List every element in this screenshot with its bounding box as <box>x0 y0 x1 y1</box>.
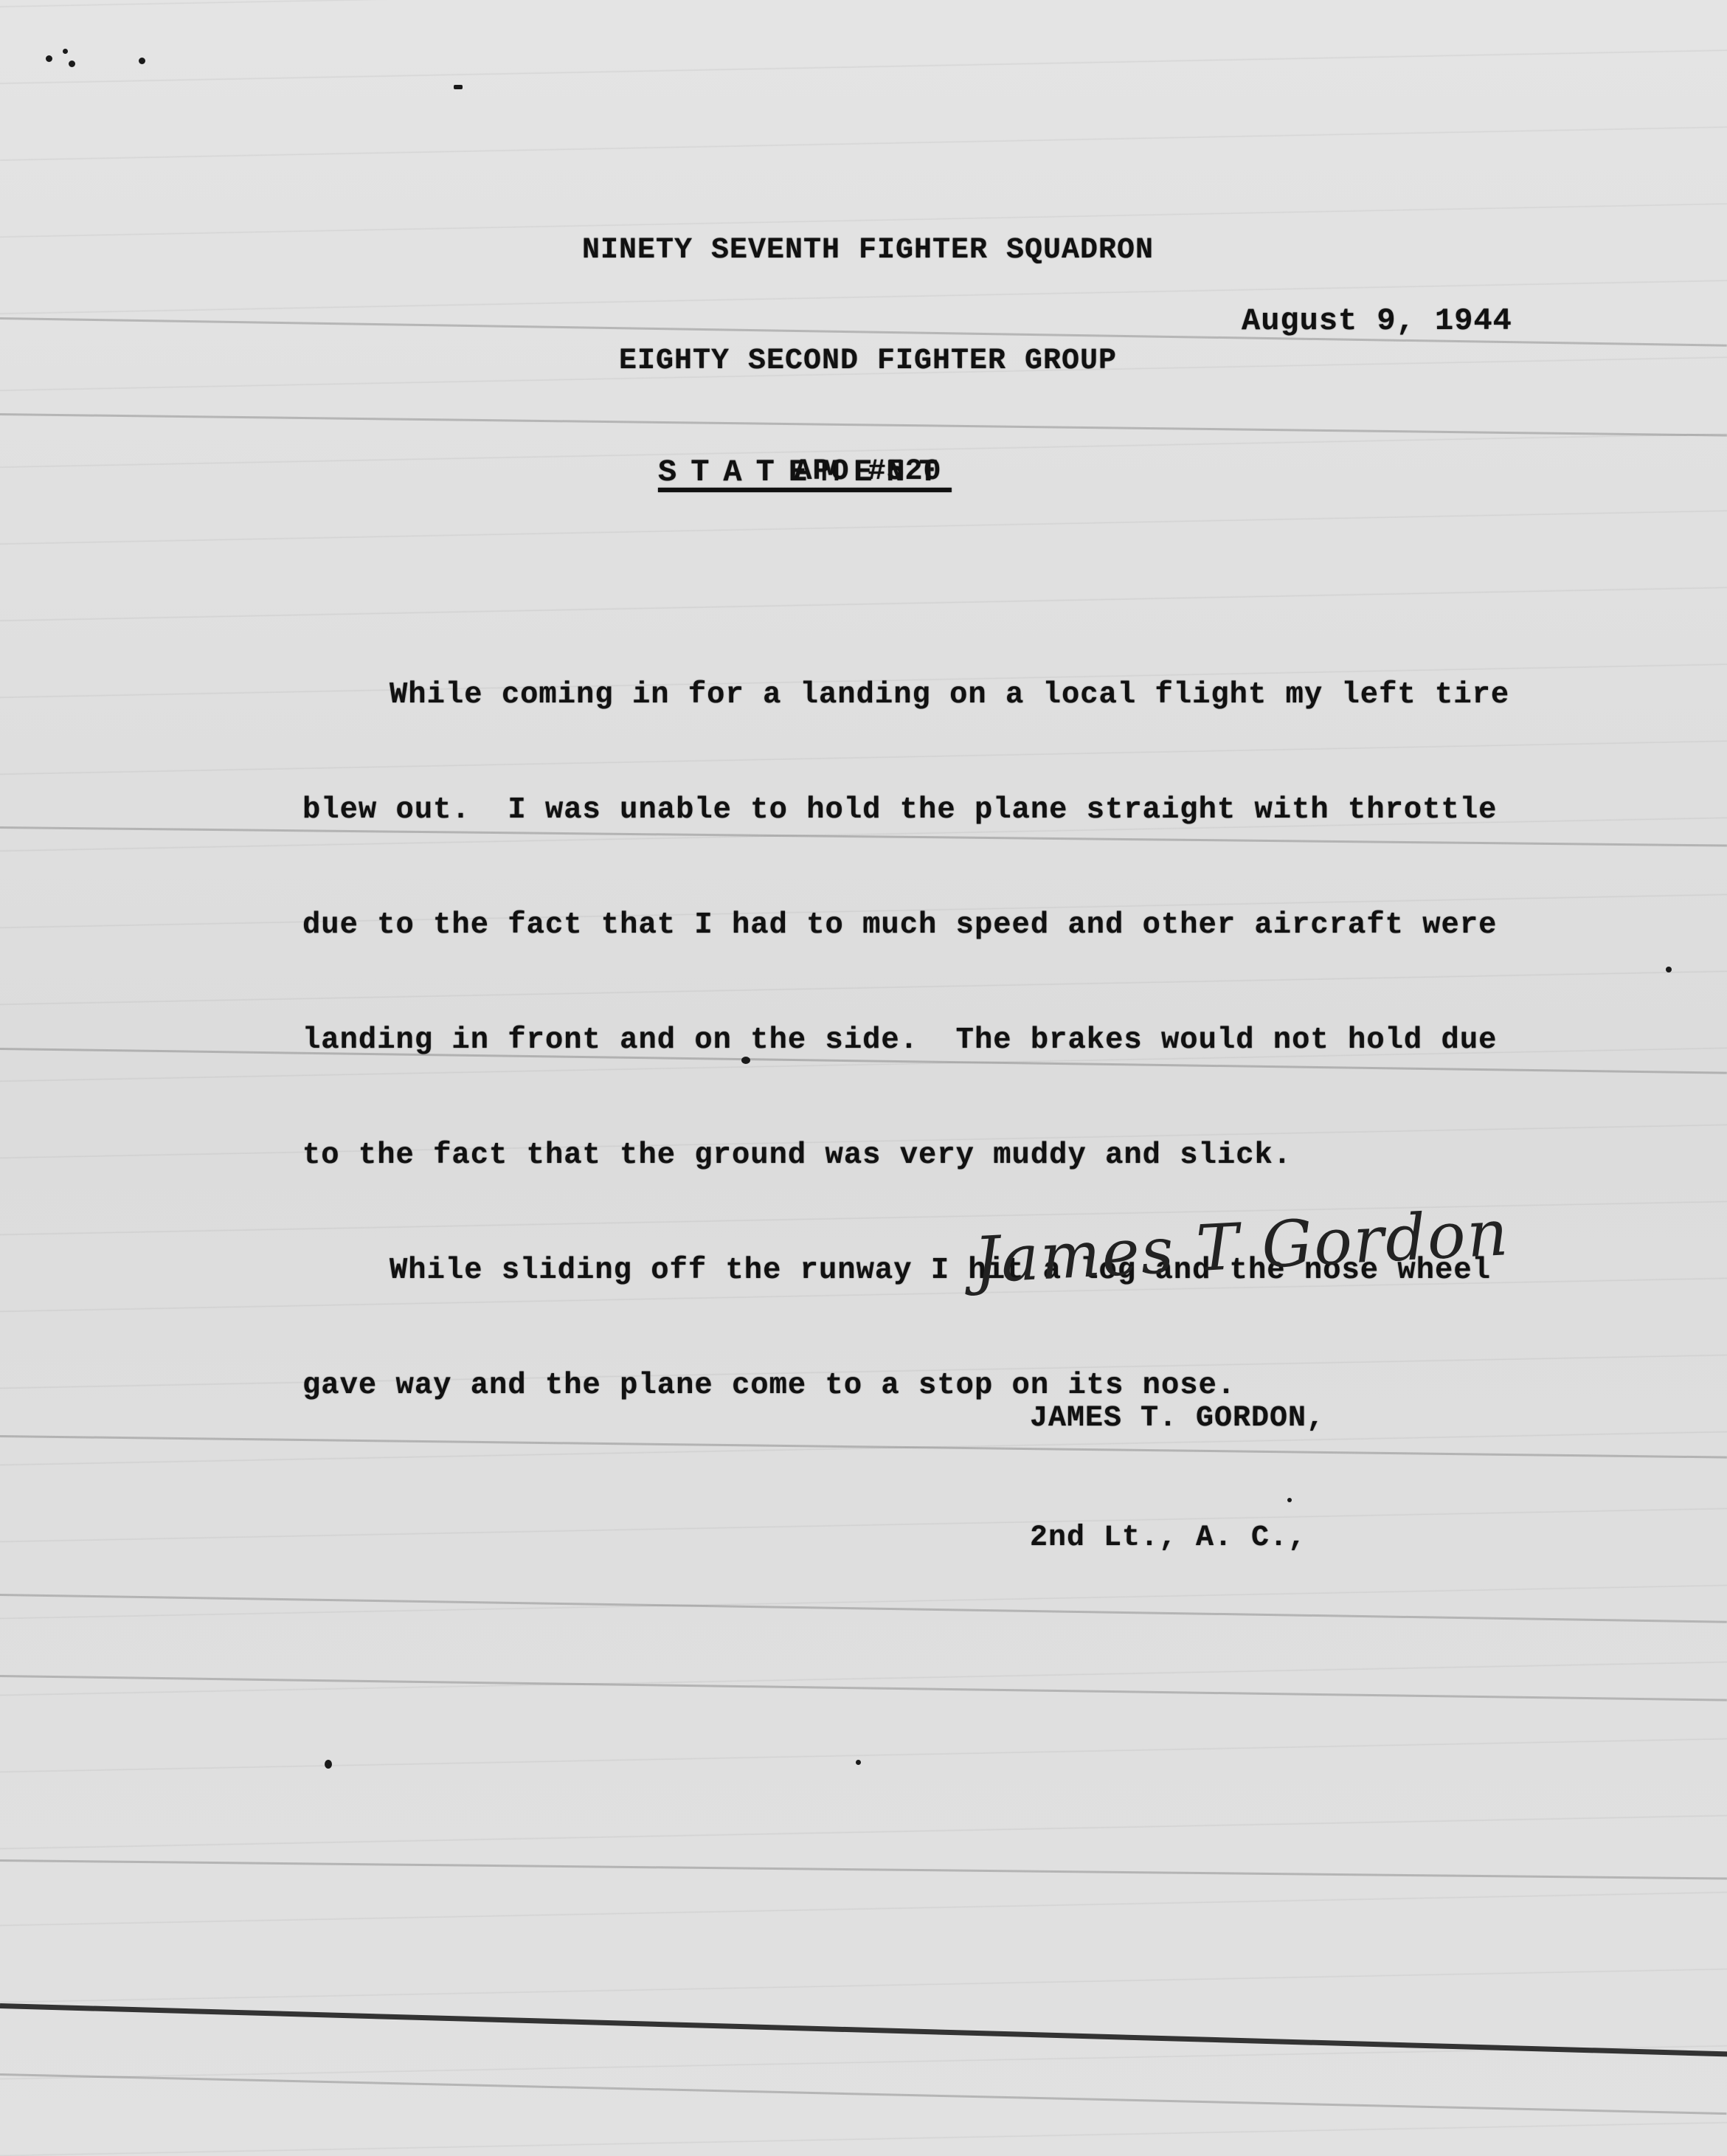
scan-streak <box>0 2073 1726 2115</box>
dust-speck <box>454 85 463 89</box>
squadron-name: NINETY SEVENTH FIGHTER SQUADRON <box>9 232 1727 269</box>
body-line: While coming in for a landing on a local… <box>302 676 1512 714</box>
body-line: blew out. I was unable to hold the plane… <box>302 791 1512 829</box>
scan-streak <box>0 1675 1727 1701</box>
dust-speck <box>63 49 68 54</box>
scan-streak <box>0 1594 1727 1623</box>
dust-speck <box>856 1760 861 1765</box>
dust-speck <box>139 58 145 64</box>
letterhead: NINETY SEVENTH FIGHTER SQUADRON EIGHTY S… <box>0 159 1727 564</box>
document-date: August 9, 1944 <box>1242 303 1512 339</box>
scanned-document-page: NINETY SEVENTH FIGHTER SQUADRON EIGHTY S… <box>0 0 1727 2156</box>
dust-speck <box>325 1760 332 1769</box>
body-line: due to the fact that I had to much speed… <box>302 906 1512 944</box>
body-line: gave way and the plane come to a stop on… <box>302 1366 1512 1405</box>
body-line: landing in front and on the side. The br… <box>302 1021 1512 1060</box>
body-line: to the fact that the ground was very mud… <box>302 1136 1512 1175</box>
scan-streak <box>0 1859 1727 1880</box>
dust-speck <box>69 61 75 67</box>
signer-name: JAMES T. GORDON, <box>1030 1399 1325 1439</box>
group-name: EIGHTY SECOND FIGHTER GROUP <box>9 343 1727 380</box>
scan-dark-line <box>0 2003 1727 2058</box>
dust-speck <box>46 55 52 62</box>
dust-speck <box>1666 967 1672 972</box>
statement-body: While coming in for a landing on a local… <box>302 599 1512 1482</box>
document-title: STATEMENT <box>658 454 952 491</box>
signature-block: JAMES T. GORDON, 2nd Lt., A. C., <box>1030 1319 1325 1638</box>
signer-rank: 2nd Lt., A. C., <box>1030 1518 1325 1558</box>
